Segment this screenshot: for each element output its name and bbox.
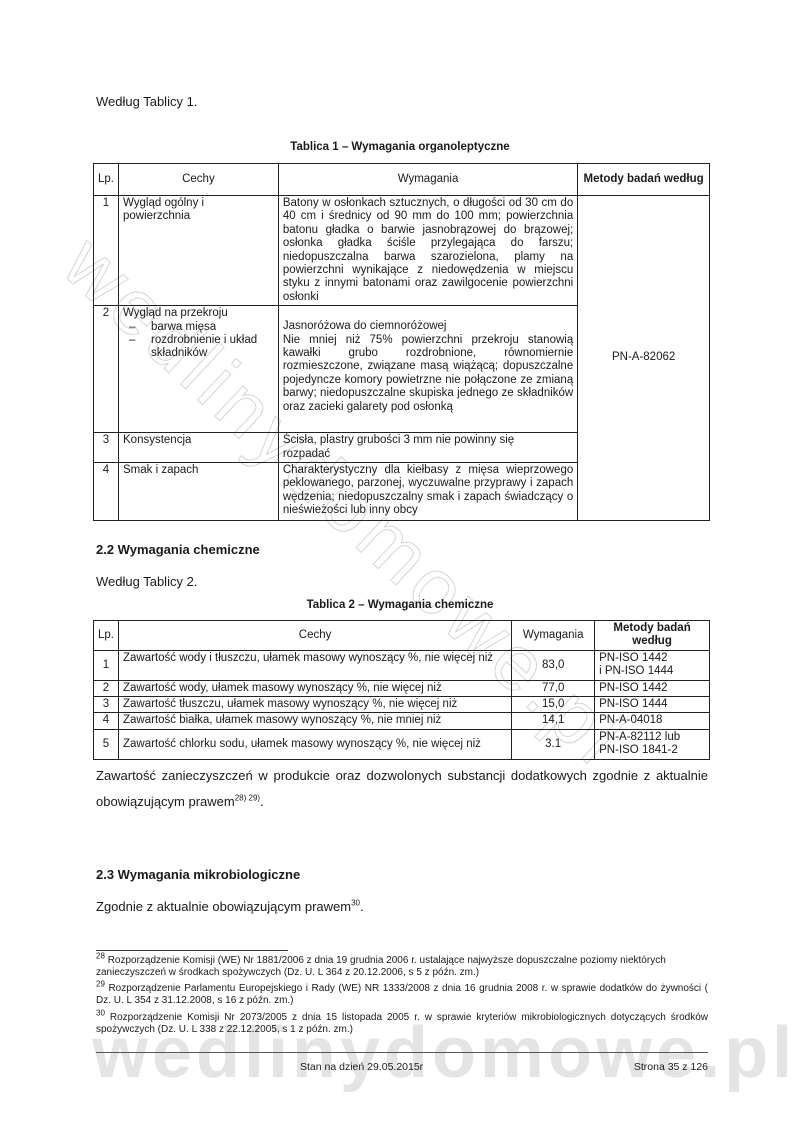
table1-row3-wymagania: Ścisła, plastry grubości 3 mm nie powinn… [278, 433, 577, 463]
table1-row2-wymagania: Nie mniej niż 75% powierzchni przekroju … [283, 334, 573, 414]
footnote-28: 28 Rozporządzenie Komisji (WE) Nr 1881/2… [96, 955, 708, 979]
table1-row2-cechy: Wygląd na przekroju [123, 307, 274, 320]
table1-header-cechy: Cechy [119, 164, 279, 196]
footnote-30-text: Rozporządzenie Komisji Nr 2073/2005 z dn… [96, 1012, 708, 1035]
table2-row3-cechy: Zawartość tłuszczu, ułamek masowy wynosz… [119, 697, 512, 713]
footnote-28-text: Rozporządzenie Komisji (WE) Nr 1881/2006… [96, 955, 666, 978]
footnote-29-num: 29 [96, 980, 105, 989]
table2-header-wymagania: Wymagania [512, 621, 595, 651]
table2-row2-cechy: Zawartość wody, ułamek masowy wynoszący … [119, 680, 512, 696]
footnote-29: 29 Rozporządzenie Parlamentu Europejskie… [96, 983, 708, 1007]
micro-footnote-ref[interactable]: 30 [351, 899, 360, 908]
table1-row2-wymagania-cell: Jasnoróżowa do ciemnoróżowej Nie mniej n… [278, 306, 577, 433]
table1-row2-wymagania-first: Jasnoróżowa do ciemnoróżowej [283, 320, 573, 333]
table-row: 1 Wygląd ogólny i powierzchnia Batony w … [94, 196, 710, 306]
table1-caption: Tablica 1 – Wymagania organoleptyczne [0, 141, 800, 153]
table1-method: PN-A-82062 [578, 196, 710, 521]
table2-row4-cechy: Zawartość białka, ułamek masowy wynosząc… [119, 713, 512, 729]
table1-row3-cechy: Konsystencja [119, 433, 279, 463]
table-row: 3 Zawartość tłuszczu, ułamek masowy wyno… [94, 697, 710, 713]
contaminants-text: Zawartość zanieczyszczeń w produkcie ora… [96, 768, 708, 809]
table1-row2-sub2-text: rozdrobnienie i układ składników [151, 334, 274, 361]
table1-row3-lp: 3 [94, 433, 119, 463]
table2-row3-metody: PN-ISO 1444 [595, 697, 710, 713]
contaminants-footnote-refs[interactable]: 28) 29) [235, 794, 260, 803]
table1-row4-lp: 4 [94, 463, 119, 521]
table2-chemical: Lp. Cechy Wymagania Metody badań według … [93, 620, 710, 760]
footnote-separator [96, 950, 288, 951]
table1-row1-wymagania: Batony w osłonkach sztucznych, o długośc… [278, 196, 577, 306]
table1-header-wymagania: Wymagania [278, 164, 577, 196]
table1-header-row: Lp. Cechy Wymagania Metody badań według [94, 164, 710, 196]
table2-row2-value: 77,0 [512, 680, 595, 696]
table1-intro: Według Tablicy 1. [96, 94, 197, 110]
table1-header-metody: Metody badań według [578, 164, 710, 196]
table2-intro: Według Tablicy 2. [96, 574, 197, 590]
table1-row4-cechy: Smak i zapach [119, 463, 279, 521]
table2-row4-lp: 4 [94, 713, 119, 729]
table-row: 2 Zawartość wody, ułamek masowy wynosząc… [94, 680, 710, 696]
table1-row2-sub1-text: barwa mięsa [151, 321, 216, 333]
table2-caption: Tablica 2 – Wymagania chemiczne [0, 599, 800, 611]
table2-header-cechy: Cechy [119, 621, 512, 651]
table1-organoleptic: Lp. Cechy Wymagania Metody badań według … [93, 163, 710, 521]
table-row: 1 Zawartość wody i tłuszczu, ułamek maso… [94, 650, 710, 680]
table1-header-lp: Lp. [94, 164, 119, 196]
table1-row4-wymagania: Charakterystyczny dla kiełbasy z mięsa w… [278, 463, 577, 521]
table2-header-row: Lp. Cechy Wymagania Metody badań według [94, 621, 710, 651]
table2-row5-cechy: Zawartość chlorku sodu, ułamek masowy wy… [119, 729, 512, 759]
section-2-3-text: Zgodnie z aktualnie obowiązującym prawem… [96, 899, 364, 915]
table2-row1-method2: i PN-ISO 1444 [599, 665, 705, 678]
footer-rule [96, 1052, 708, 1053]
section-2-2-heading: 2.2 Wymagania chemiczne [96, 542, 260, 557]
table-row: 4 Zawartość białka, ułamek masowy wynosz… [94, 713, 710, 729]
table2-row5-method2: PN-ISO 1841-2 [599, 744, 705, 757]
micro-text: Zgodnie z aktualnie obowiązującym prawem [96, 899, 351, 914]
table2-row2-lp: 2 [94, 680, 119, 696]
table2-row1-cechy: Zawartość wody i tłuszczu, ułamek masowy… [119, 650, 512, 680]
footnote-29-text: Rozporządzenie Parlamentu Europejskiego … [96, 983, 708, 1006]
table1-row1-cechy: Wygląd ogólny i powierzchnia [119, 196, 279, 306]
table1-row2-sub1: –barwa mięsa [123, 321, 274, 334]
section-2-3-heading: 2.3 Wymagania mikrobiologiczne [96, 867, 300, 882]
table2-row4-metody: PN-A-04018 [595, 713, 710, 729]
table2-row3-value: 15,0 [512, 697, 595, 713]
table-row: 5 Zawartość chlorku sodu, ułamek masowy … [94, 729, 710, 759]
table2-row5-value: 3.1 [512, 729, 595, 759]
contaminants-paragraph: Zawartość zanieczyszczeń w produkcie ora… [96, 763, 708, 815]
table2-header-metody: Metody badań według [595, 621, 710, 651]
micro-period: . [360, 899, 364, 914]
footnote-30-num: 30 [96, 1009, 105, 1018]
contaminants-period: . [260, 794, 264, 809]
table2-row5-lp: 5 [94, 729, 119, 759]
table1-row2-cechy-cell: Wygląd na przekroju –barwa mięsa –rozdro… [119, 306, 279, 433]
table2-header-lp: Lp. [94, 621, 119, 651]
table1-row2-sub2: –rozdrobnienie i układ składników [123, 334, 274, 361]
table2-row5-metody: PN-A-82112 lubPN-ISO 1841-2 [595, 729, 710, 759]
table2-row5-method1: PN-A-82112 lub [599, 731, 705, 744]
table2-row1-method1: PN-ISO 1442 [599, 652, 705, 665]
table2-row4-value: 14,1 [512, 713, 595, 729]
table2-row1-value: 83,0 [512, 650, 595, 680]
table1-row2-lp: 2 [94, 306, 119, 433]
table1-row1-lp: 1 [94, 196, 119, 306]
footnote-30: 30 Rozporządzenie Komisji Nr 2073/2005 z… [96, 1012, 708, 1036]
footer-date: Stan na dzień 29.05.2015r [300, 1061, 423, 1073]
footnote-28-num: 28 [96, 952, 105, 961]
table2-row1-lp: 1 [94, 650, 119, 680]
table2-row3-lp: 3 [94, 697, 119, 713]
footer-page-number: Strona 35 z 126 [634, 1061, 708, 1073]
table2-row2-metody: PN-ISO 1442 [595, 680, 710, 696]
table2-row1-metody: PN-ISO 1442i PN-ISO 1444 [595, 650, 710, 680]
